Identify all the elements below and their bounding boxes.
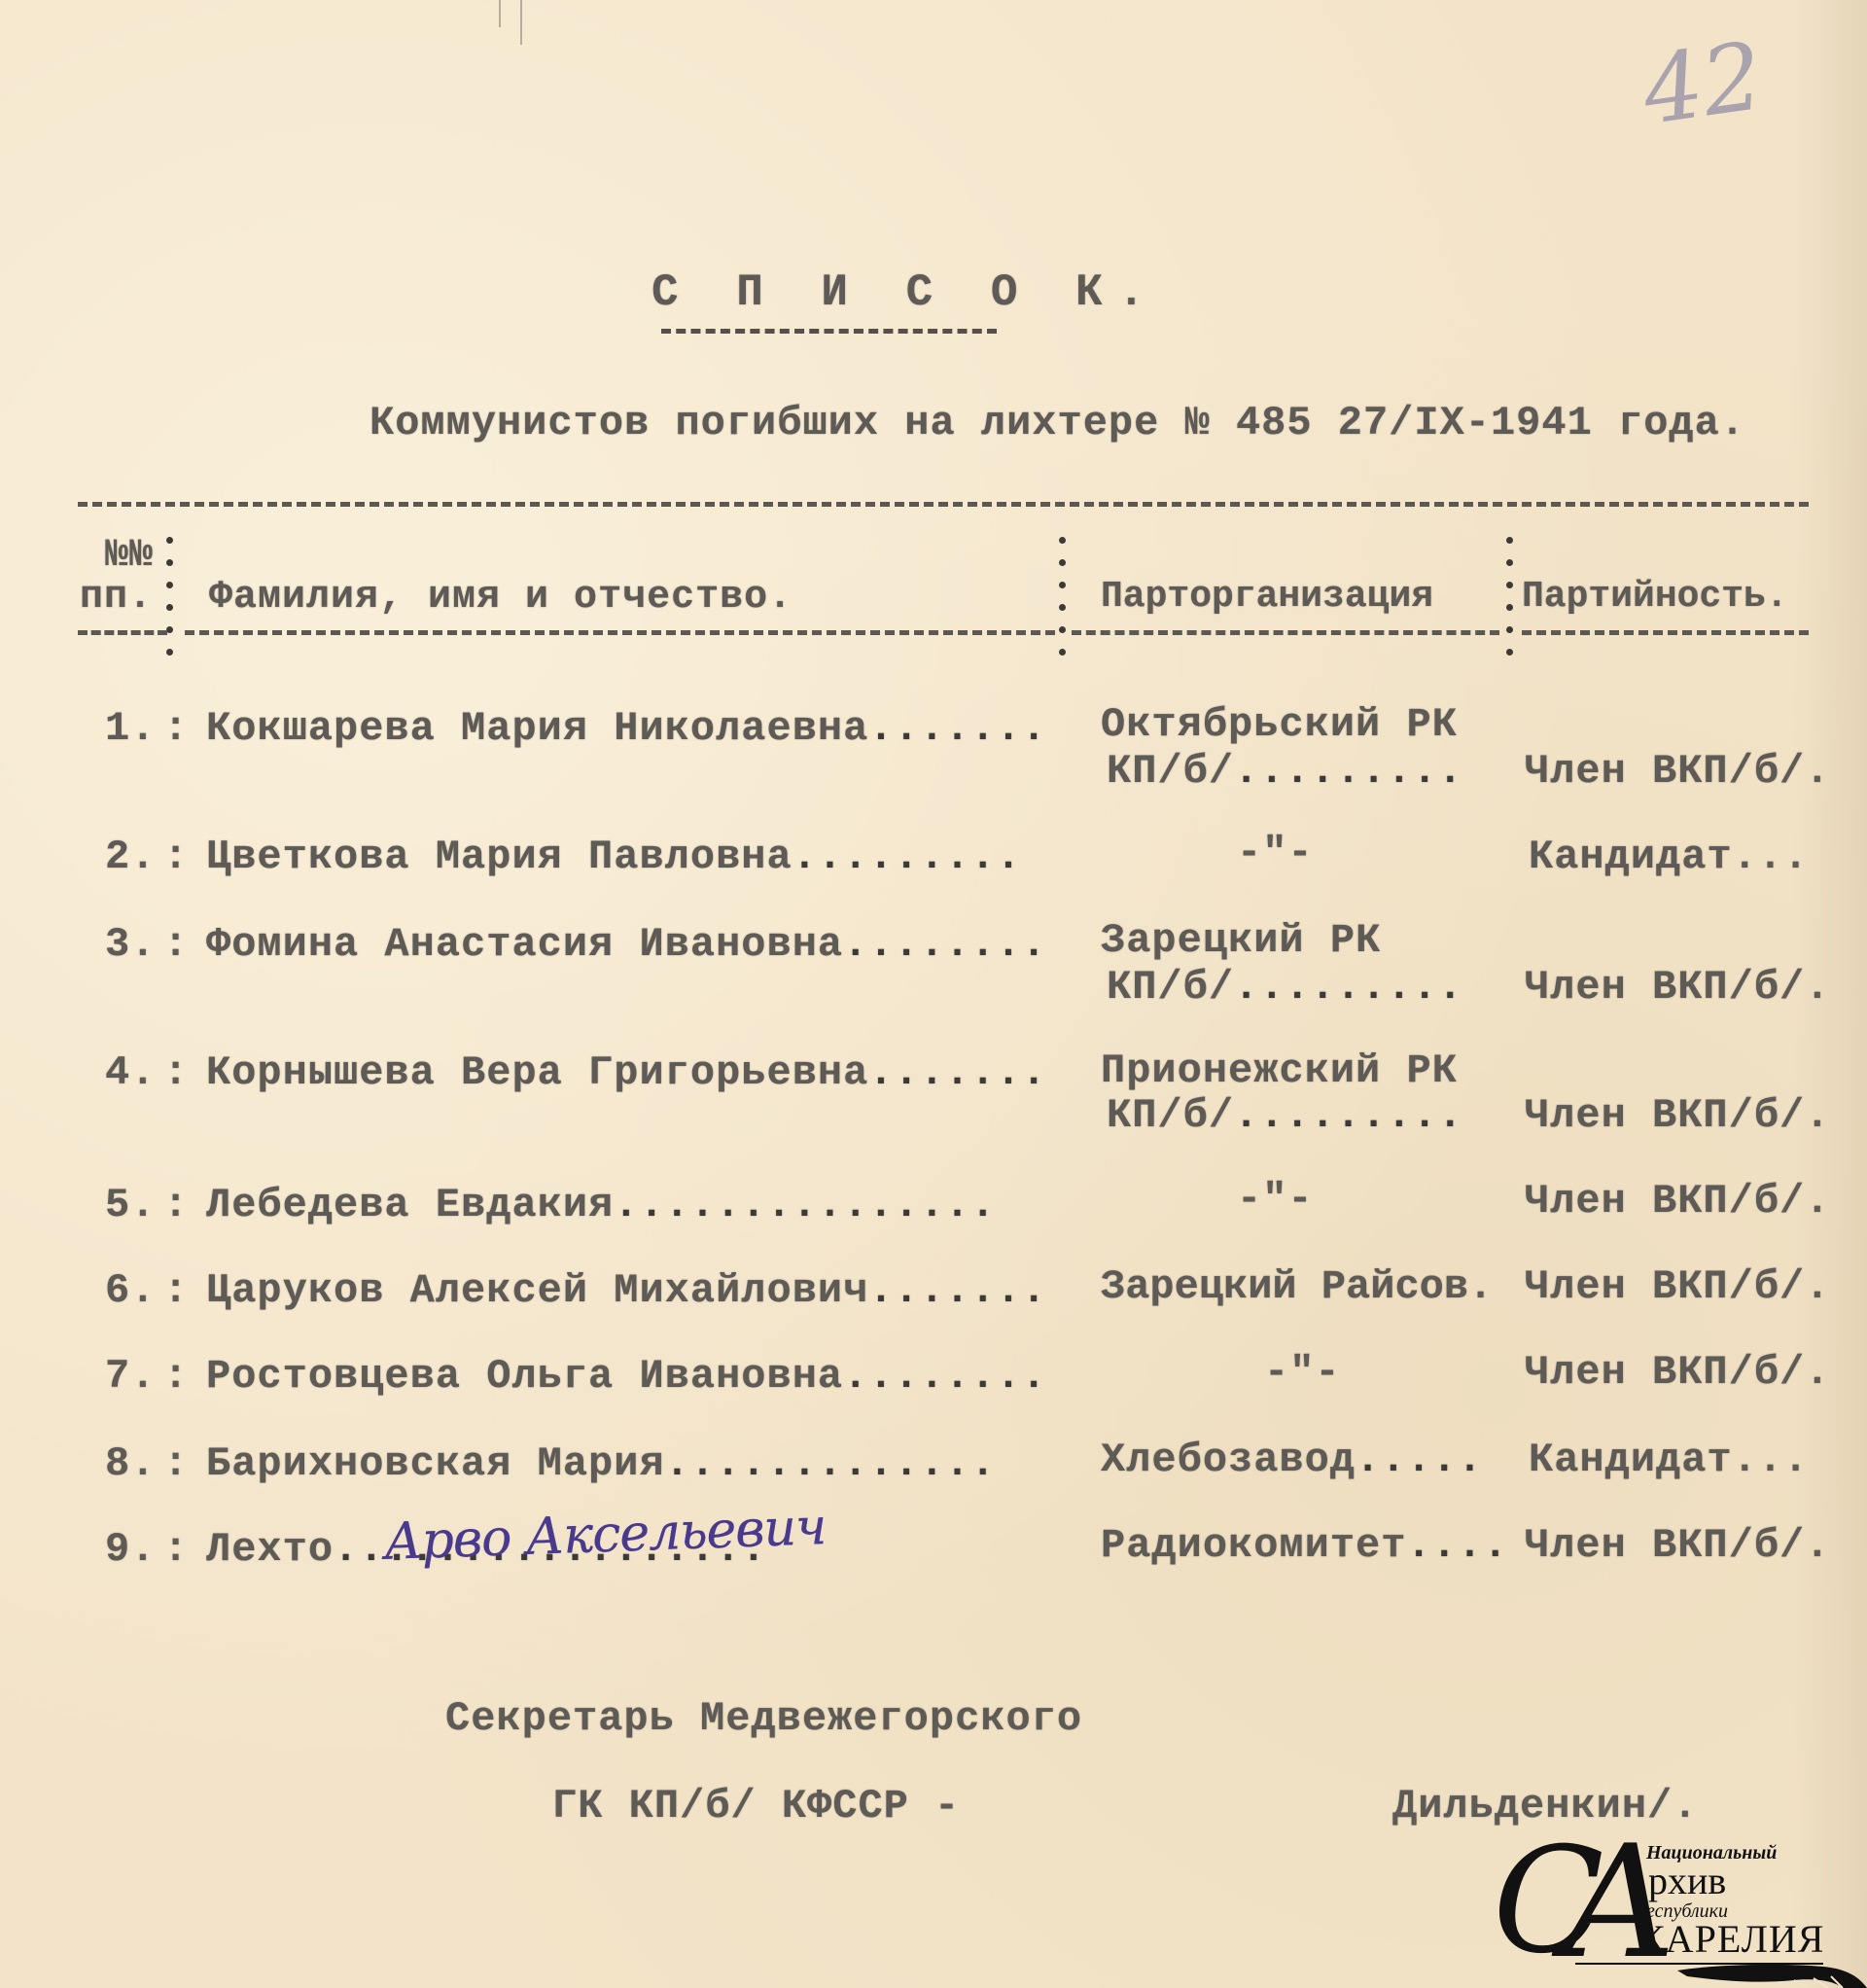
column-separator [1058, 537, 1066, 656]
row-colon: : [163, 1356, 189, 1397]
signatory-title-line1: Секретарь Медвежегорского [445, 1698, 1082, 1739]
row-party-org-cont: КП/б/......... [1107, 1095, 1463, 1136]
table-header-rule [185, 630, 1055, 635]
row-party-org-cont: КП/б/......... [1107, 967, 1463, 1008]
row-colon: : [163, 1529, 189, 1570]
column-separator [165, 537, 173, 656]
row-number: 9. [105, 1529, 156, 1570]
row-colon: : [163, 1443, 189, 1484]
row-number: 7. [105, 1356, 156, 1397]
row-name: Цветкова Мария Павловна......... [206, 836, 1022, 877]
archive-logo: С А Национальный рхив еспублики КАРЕЛИЯ [1493, 1836, 1867, 1988]
row-name: Царуков Алексей Михайлович....... [206, 1270, 1047, 1311]
table-header-rule [78, 630, 167, 635]
row-party-status: Член ВКП/б/. [1525, 967, 1830, 1008]
row-party-status: Кандидат... [1529, 836, 1809, 877]
header-party-org: Парторганизация [1101, 579, 1433, 616]
row-party-org: Радиокомитет.... [1101, 1525, 1508, 1566]
table-top-rule [78, 502, 1809, 507]
column-separator [1505, 537, 1513, 656]
logo-text-karelia: КАРЕЛИЯ [1638, 1920, 1824, 1959]
row-party-status: Член ВКП/б/. [1525, 751, 1830, 792]
logo-text-archive: рхив [1648, 1862, 1726, 1900]
row-name: Барихновская Мария............. [206, 1443, 996, 1484]
row-party-org: Зарецкий Райсов. [1101, 1266, 1493, 1307]
row-number: 6. [105, 1270, 156, 1311]
row-party-status: Член ВКП/б/. [1525, 1266, 1830, 1307]
row-name: Корнышева Вера Григорьевна....... [206, 1052, 1047, 1093]
row-colon: : [163, 1052, 189, 1093]
header-name: Фамилия, имя и отчество. [209, 579, 793, 618]
row-colon: : [163, 708, 189, 749]
row-party-org: Октябрьский РК [1101, 704, 1458, 745]
row-party-org: Прионежский РК [1101, 1050, 1458, 1091]
signatory-title-line2: ГК КП/б/ КФССР - [552, 1786, 960, 1827]
row-colon: : [163, 836, 189, 877]
document-title: С П И С О К. [652, 270, 1160, 315]
pencil-mark [499, 0, 501, 27]
row-party-org: -"- [1237, 1179, 1314, 1220]
row-party-org: Хлебозавод..... [1101, 1439, 1483, 1480]
row-number: 5. [105, 1185, 156, 1225]
row-number: 2. [105, 836, 156, 877]
row-party-org: Зарецкий РК [1101, 920, 1381, 961]
row-number: 8. [105, 1443, 156, 1484]
row-party-org: -"- [1237, 833, 1314, 873]
row-name: Ростовцева Ольга Ивановна........ [206, 1356, 1047, 1397]
row-party-org-cont: КП/б/......... [1107, 751, 1463, 792]
row-number: 3. [105, 924, 156, 965]
table-header-rule [1072, 630, 1499, 635]
row-party-org: -"- [1264, 1352, 1341, 1393]
row-colon: : [163, 1185, 189, 1225]
row-party-status: Член ВКП/б/. [1525, 1095, 1830, 1136]
row-party-status: Кандидат... [1529, 1439, 1809, 1480]
header-number-top: №№ [105, 537, 154, 576]
table-header-rule [1522, 630, 1809, 635]
header-party-status: Партийность. [1522, 579, 1788, 616]
row-colon: : [163, 1270, 189, 1311]
row-colon: : [163, 924, 189, 965]
row-name: Фомина Анастасия Ивановна........ [206, 924, 1047, 965]
row-number: 1. [105, 708, 156, 749]
title-underline [661, 329, 997, 334]
row-party-status: Член ВКП/б/. [1525, 1525, 1830, 1566]
pencil-mark [520, 0, 522, 45]
row-name: Кокшарева Мария Николаевна....... [206, 708, 1047, 749]
quill-feather-icon [1677, 1963, 1867, 1988]
row-name: Лебедева Евдакия............... [206, 1185, 996, 1225]
row-party-status: Член ВКП/б/. [1525, 1352, 1830, 1393]
page-number: 42 [1637, 21, 1770, 146]
header-number: пп. [80, 579, 153, 618]
row-party-status: Член ВКП/б/. [1525, 1181, 1830, 1222]
row-number: 4. [105, 1052, 156, 1093]
document-subtitle: Коммунистов погибших на лихтере № 485 27… [370, 403, 1745, 444]
